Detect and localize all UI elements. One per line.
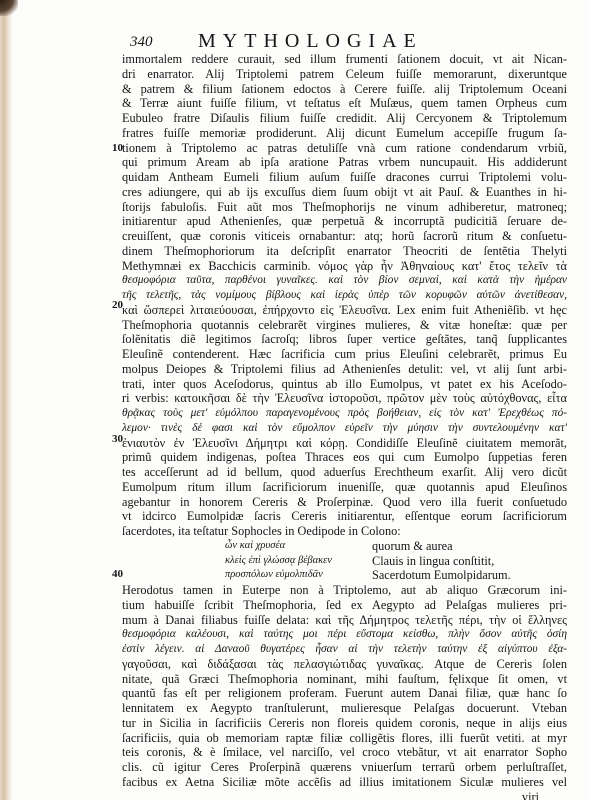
greek-text-line: θεσμοφόρια ταῦτα, παρθένοι γυναῖκες. καὶ… [122,273,567,288]
text-line: vt idcirco Eumolpidæ ſacris Cereris init… [122,509,567,524]
text-line: creuiſſent, quæ coronis viticeis ornaban… [122,229,567,244]
greek-text-line: θρᾷκας τοὺς μετ' εὐμόλπου παραγενομένους… [122,406,567,421]
greek-text-line: θεσμοφόρια καλέουσι, καὶ ταύτης μοι πέρι… [122,627,567,642]
text-line: fratres fuiſſe memoriæ prodiderunt. Alij… [122,126,567,141]
text-line: nitate, quã Græci Theſmophoria nominant,… [122,672,567,687]
text-line: Methymnæi ex Bacchicis carminib. νόμος γ… [122,259,567,274]
text-line: Eubuleo fratre Diſaulis filium fuiſſe cr… [122,111,567,126]
text-line: facibus ex Aetna Siciliæ mõte accẽſis ad… [122,775,567,790]
verse-latin: Clauis in lingua conſtitit, [372,554,494,569]
verse-greek: προσπόλων εὐμολπιδᾶν [225,568,372,583]
text-line: cres adiungere, qui ab ijs excuſſus diem… [122,185,567,200]
text-line: dri enarrator. Alij Triptolemi patrem Ce… [122,67,567,82]
text-line: immortalem reddere curauit, sed illum fr… [122,52,567,67]
catchword: viri [122,790,567,800]
body-text: immortalem reddere curauit, sed illum fr… [122,52,567,800]
text-line: & patrem & filium ſationem edoctos à Cer… [122,82,567,97]
text-line: quidam Antheam Eumeli filium auſum fuiſſ… [122,170,567,185]
text-line: lennitatem ex Aegypto tranſtulerunt, mul… [122,701,567,716]
greek-text-line: ἐστὶν λέγειν. αἱ Δαναοῦ θυγατέρες ἦσαν α… [122,642,567,657]
text-line: Eumolpum ritum illum ſacrificiorum inuen… [122,480,567,495]
text-line: tionem à Triptolemo ac patras detuliſſe … [122,141,567,156]
text-line: Theſmophoria quotannis celebrarẽt virgin… [122,318,567,333]
margin-line-numbers: 10 20 30 40 [0,0,120,800]
page-number: 340 [130,34,153,51]
text-line: Herodotus tamen in Euterpe non à Triptol… [122,583,567,598]
text-line: & Terræ aiunt fuiſſe filium, vt teſtatus… [122,96,567,111]
text-line: ſolẽnitatis diẽ legitimos ſacroſq; libro… [122,332,567,347]
verse-latin: Sacerdotum Eumolpidarum. [372,568,511,583]
verse-line: ὧν καὶ χρυσέα quorum & aurea [122,539,567,554]
text-line: ἐνιαυτὸν ἐν Ἐλευσῖνι Δήμητρι καὶ κόρῃ. C… [122,436,567,451]
text-line: tur in Sicilia in ſacrificiis Cereris no… [122,716,567,731]
text-line: clis. cũ igitur Ceres Proſerpinã quærens… [122,760,567,775]
text-line: ſtorijs fabuloſis. Fuit aũt mos Theſmoph… [122,200,567,215]
verse-greek: ὧν καὶ χρυσέα [225,539,372,554]
greek-text-line: τῆς τελετῆς, τὰς νομίμους βίβλους καὶ ἱε… [122,288,567,303]
page-header: 340 MYTHOLOGIAE [120,30,570,54]
text-line: Eleuſinẽ contenderent. Hæc ſacrificia cu… [122,347,567,362]
verse-latin: quorum & aurea [372,539,453,554]
greek-text-line: λεμον· τινὲς δέ φασι καὶ τὸν εὔμολπον εὑ… [122,421,567,436]
text-line: qui primum Aream ab ipſa aratione Patras… [122,155,567,170]
text-line: tium habuiſſe ſcribit Theſmophoria, ſed … [122,598,567,613]
text-line: tes acceſſerunt ad id bellum, quod aduer… [122,465,567,480]
text-line: teis coronis, & è ſmilace, vel narciſſo,… [122,745,567,760]
text-line: primũ quidem indigenas, poſtea Thraces e… [122,450,567,465]
running-title: MYTHOLOGIAE [198,30,423,53]
text-line: agebantur in honorem Cereris & Proſerpin… [122,495,567,510]
text-line: καὶ ὥσπερεὶ λιταιεύουσαι, ἐπήρχοντο εἰς … [122,303,567,318]
text-line: mum à Danai filiabus fuiſſe delata: καὶ … [122,613,567,628]
text-line: initiarentur apud Athenienſes, quæ perpe… [122,214,567,229]
text-line: quantũ fas eſt per religionem proferam. … [122,686,567,701]
verse-line: προσπόλων εὐμολπιδᾶν Sacerdotum Eumolpid… [122,568,567,583]
verse-line: κλεὶς ἐπὶ γλώσσᾳ βέβακεν Clauis in lingu… [122,554,567,569]
text-line: trati, inter quos Aceſodorus, quintus ab… [122,377,567,392]
text-line: dinem Theſmophoriorum ita deſcripſit ena… [122,244,567,259]
text-line: ſacerdotes, ita teſtatur Sophocles in Oe… [122,524,567,539]
verse-greek: κλεὶς ἐπὶ γλώσσᾳ βέβακεν [225,554,372,569]
text-line: ſacrificiis, quia ob memoriam raptæ fili… [122,731,567,746]
text-line: ri verbis: κατοικῆσαι δὲ τὴν Ἐλευσῖνα ἱσ… [122,391,567,406]
text-line: molpus Deiopes & Triptolemi filius ad At… [122,362,567,377]
text-line: γαγοῦσαι, καὶ διδάξασαι τὰς πελασγιώτιδα… [122,657,567,672]
